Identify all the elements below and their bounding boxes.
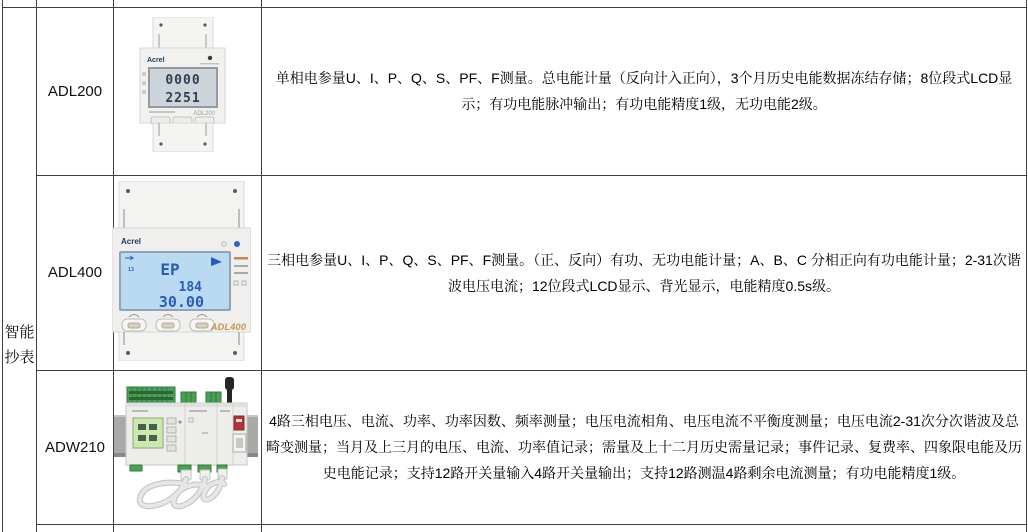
description-text-adl200: 单相电参量U、I、P、Q、S、PF、F测量。总电能计量（反向计入正向），3个月历… <box>266 65 1022 117</box>
adl400-product-image: Acrel EP 13 184 30.00 <box>112 181 251 361</box>
table-border-bottom <box>36 524 1027 525</box>
adw210-bottom-connectors <box>130 465 227 472</box>
adl400-lcd-bottom: 30.00 <box>159 293 204 311</box>
adl200-top-clip <box>153 17 213 48</box>
adw210-terminal-strips <box>127 387 221 403</box>
model-cell-adl200: ADL200 <box>37 8 113 174</box>
description-cell-adw210: 4路三相电压、电流、功率、功率因数、频率测量；电压电流相角、电压电流不平衡度测量… <box>262 371 1026 523</box>
table-border-right <box>1026 0 1027 532</box>
adl200-bottom-clip <box>153 123 213 152</box>
adl200-brand-logo: Acrel <box>147 57 165 64</box>
adl400-brand-logo: Acrel <box>121 237 141 246</box>
category-label-line2: 抄表 <box>4 345 34 370</box>
model-cell-adl400: ADL400 <box>37 176 113 369</box>
adw210-cables <box>140 478 224 506</box>
svg-text:13: 13 <box>128 267 134 273</box>
adl400-led-indicator <box>234 241 240 247</box>
model-label-adl400: ADL400 <box>48 264 102 281</box>
description-cell-adl400: 三相电参量U、I、P、Q、S、PF、F测量。（正、反向）有功、无功电能计量；A、… <box>262 176 1026 369</box>
adl200-model-print: ADL200 <box>193 111 215 117</box>
adl200-lcd-line2: 2251 <box>165 91 200 106</box>
adl200-lcd-line1: 0000 <box>165 73 200 88</box>
description-text-adw210: 4路三相电压、电流、功率、功率因数、频率测量；电压电流相角、电压电流不平衡度测量… <box>266 408 1022 486</box>
adl200-lcd-display: 0000 2251 <box>148 67 218 108</box>
category-cell: 智能 抄表 <box>3 8 36 524</box>
description-cell-adl200: 单相电参量U、I、P、Q、S、PF、F测量。总电能计量（反向计入正向），3个月历… <box>262 8 1026 174</box>
adw210-red-module <box>234 416 244 430</box>
category-label-line1: 智能 <box>4 320 34 345</box>
adl400-model-print: ADL400 <box>210 322 247 333</box>
description-text-adl400: 三相电参量U、I、P、Q、S、PF、F测量。（正、反向）有功、无功电能计量；A、… <box>266 247 1022 299</box>
adw210-product-image <box>114 374 258 522</box>
adl400-lcd-top: EP <box>160 260 179 279</box>
adl400-bottom-clip <box>119 332 244 361</box>
adl400-lcd-display: EP 13 184 30.00 <box>119 251 231 311</box>
adl400-top-clip <box>119 181 244 228</box>
product-spec-table-page: 智能 抄表 ADL200 ADL400 ADW210 单相电参量U、I、P、Q、… <box>0 0 1028 532</box>
model-cell-adw210: ADW210 <box>37 371 113 523</box>
adl200-product-image: Acrel 0000 2251 ADL200 <box>139 17 226 152</box>
adl200-led-indicator <box>208 56 212 60</box>
model-label-adl200: ADL200 <box>48 83 102 100</box>
model-label-adw210: ADW210 <box>45 439 105 456</box>
adw210-port <box>233 434 246 452</box>
